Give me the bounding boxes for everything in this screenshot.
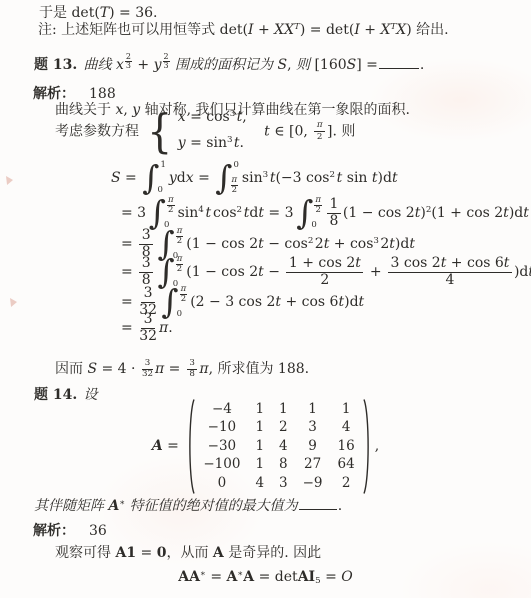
numerator: π bbox=[176, 227, 184, 237]
math-run: . bbox=[240, 135, 244, 151]
integral-limits: 0π2 bbox=[233, 160, 239, 196]
numerator: 3 cos 2t + cos 6t bbox=[388, 256, 512, 273]
matrix-cell: −100 bbox=[203, 456, 240, 473]
lower-limit: 0 bbox=[177, 310, 182, 319]
fraction: π2 bbox=[176, 255, 184, 274]
numerator: 3 bbox=[187, 359, 198, 370]
math-run: 36 bbox=[89, 523, 107, 539]
math-run: 解析： bbox=[33, 523, 75, 539]
fraction: π2 bbox=[176, 227, 184, 246]
math-run: = bbox=[136, 545, 157, 561]
math-run: = bbox=[164, 361, 185, 377]
math-run: 2 bbox=[177, 236, 182, 246]
superscript: ∗ bbox=[119, 498, 125, 508]
math-run: 0 bbox=[157, 545, 167, 561]
matrix-cell: −9 bbox=[303, 475, 323, 492]
prev-solution-line-1: 于是 det(T) = 36. bbox=[39, 5, 158, 22]
math-run: 因而 bbox=[55, 361, 87, 377]
math-run: 2 bbox=[181, 294, 186, 304]
math-run: cos bbox=[213, 205, 236, 221]
math-run: = bbox=[121, 294, 137, 310]
fraction: π2 bbox=[314, 121, 325, 141]
math-run: π bbox=[177, 254, 183, 264]
math-run: 2 bbox=[329, 170, 335, 180]
math-run: 注: 上述矩阵也可以用恒等式 bbox=[38, 22, 220, 38]
matrix-cell: 1 bbox=[303, 401, 323, 418]
math-run: 2 bbox=[317, 132, 323, 142]
problem-13-statement: 题 13.曲线 x23 + y23 围成的面积记为 S, 则 [160S] =. bbox=[34, 55, 424, 77]
math-run: = bbox=[163, 438, 184, 454]
math-run: 其伴随矩阵 bbox=[34, 498, 108, 514]
upper-limit: π2 bbox=[176, 255, 184, 274]
math-run: x bbox=[178, 109, 186, 125]
denominator: 3 bbox=[126, 62, 131, 71]
math-run: y bbox=[169, 170, 177, 186]
answer-blank bbox=[379, 56, 419, 69]
math-run: S bbox=[347, 57, 357, 73]
math-run: ∗ bbox=[237, 569, 243, 579]
integral-limits: 10 bbox=[159, 160, 165, 196]
problem-14-matrix: A = −41111−101234−3014916−100182764043−9… bbox=[0, 396, 531, 496]
math-run: O bbox=[341, 569, 352, 585]
math-run: 2 bbox=[126, 52, 131, 61]
math-run: 于是 bbox=[39, 5, 71, 21]
math-run: )d bbox=[378, 170, 392, 186]
numerator: π bbox=[314, 196, 322, 206]
numerator: 3 bbox=[142, 359, 153, 370]
math-run: . bbox=[420, 57, 424, 73]
denominator: 8 bbox=[189, 370, 195, 380]
math-run: A bbox=[152, 438, 163, 454]
math-run: 则 bbox=[296, 57, 314, 73]
math-run: 2 bbox=[177, 264, 182, 274]
superscript: 23 bbox=[124, 57, 133, 67]
math-run: t bbox=[355, 255, 361, 271]
math-run: A bbox=[227, 569, 238, 585]
matrix-cell: 1 bbox=[255, 401, 264, 418]
numerator: π bbox=[176, 255, 184, 265]
math-run: x bbox=[116, 57, 124, 73]
math-run: . bbox=[338, 498, 342, 514]
fraction: π2 bbox=[231, 176, 239, 195]
math-run: + bbox=[133, 57, 154, 73]
matrix-cell: 64 bbox=[338, 456, 355, 473]
math-run: )d bbox=[395, 236, 409, 252]
math-run: 观察可得 bbox=[55, 545, 115, 561]
matrix-cell: 1 bbox=[338, 401, 355, 418]
fraction: 23 bbox=[163, 53, 170, 71]
matrix-cell: −10 bbox=[203, 419, 240, 436]
matrix-cell: 8 bbox=[279, 456, 288, 473]
math-run: − bbox=[264, 264, 285, 280]
fraction: 38 bbox=[187, 359, 198, 379]
scan-artifact-mark bbox=[6, 176, 13, 185]
math-run: 3 bbox=[142, 227, 151, 243]
math-run: 2 bbox=[168, 205, 173, 215]
matrix-cell: 27 bbox=[303, 456, 323, 473]
denominator: 2 bbox=[317, 132, 323, 142]
integral: ∫0π2 bbox=[215, 160, 239, 196]
math-run: 给出. bbox=[416, 22, 448, 38]
upper-limit: 0 bbox=[234, 161, 239, 170]
math-run: π bbox=[199, 361, 208, 377]
matrix-cell: 2 bbox=[279, 419, 288, 436]
math-run: (1 − cos 2 bbox=[186, 236, 258, 252]
math-run: x bbox=[186, 170, 194, 186]
math-run: 考虑参数方程 bbox=[55, 124, 143, 140]
math-run: 3 bbox=[373, 236, 379, 246]
math-run: A bbox=[243, 569, 254, 585]
math-run: ) = det( bbox=[300, 22, 354, 38]
matrix: −41111−101234−3014916−100182764043−92 bbox=[186, 398, 371, 495]
math-run: 0 bbox=[234, 160, 239, 170]
math-run: T bbox=[294, 22, 300, 32]
denominator: 32 bbox=[139, 329, 157, 345]
math-run: T bbox=[100, 5, 109, 21]
upper-limit: 1 bbox=[160, 161, 165, 170]
matrix-grid: −41111−101234−3014916−100182764043−92 bbox=[195, 401, 362, 492]
math-run: 2 bbox=[380, 236, 389, 252]
math-run: 3 bbox=[126, 61, 131, 70]
math-run: + bbox=[365, 264, 386, 280]
math-run: ]. bbox=[327, 124, 341, 140]
math-run: = bbox=[121, 236, 137, 252]
math-run: )d bbox=[509, 205, 523, 221]
math-run: − cos bbox=[264, 236, 308, 252]
scan-artifact-mark bbox=[10, 298, 17, 307]
superscript: T bbox=[294, 22, 300, 32]
math-run: π bbox=[232, 175, 238, 185]
matrix-cell: −4 bbox=[203, 401, 240, 418]
denominator: 4 bbox=[446, 273, 455, 289]
fraction: π2 bbox=[167, 196, 175, 215]
problem-14-adjugate-identity: AA∗ = A∗A = detAI5 = O bbox=[0, 567, 531, 589]
denominator: 3 bbox=[164, 62, 169, 71]
fraction: π2 bbox=[180, 285, 188, 304]
integral: ∫10 bbox=[142, 160, 166, 196]
math-run: = bbox=[321, 569, 342, 585]
math-run: ) = 36. bbox=[109, 5, 157, 21]
matrix-cell: 1 bbox=[255, 456, 264, 473]
numerator: 1 bbox=[327, 197, 341, 214]
math-run: 2 bbox=[426, 205, 432, 215]
math-run: S bbox=[87, 361, 97, 377]
answer-blank bbox=[299, 497, 337, 510]
matrix-cell: 1 bbox=[279, 401, 288, 418]
math-run: , bbox=[375, 438, 379, 454]
math-run: ∗ bbox=[200, 569, 206, 579]
superscript: 3 bbox=[263, 170, 269, 180]
math-run: t bbox=[359, 294, 365, 310]
math-run: AI bbox=[298, 569, 315, 585]
superscript: 3 bbox=[230, 109, 236, 119]
math-run: t bbox=[504, 255, 510, 271]
math-run: [160 bbox=[314, 57, 346, 73]
math-run: t bbox=[392, 170, 398, 186]
integral-limits: π20 bbox=[179, 284, 188, 320]
superscript: 2 bbox=[329, 170, 335, 180]
numerator: 3 bbox=[139, 228, 153, 245]
math-run: + bbox=[254, 22, 275, 38]
cases-rows: x = cos3t,y = sin3t. bbox=[178, 108, 247, 155]
math-run: ] = bbox=[356, 57, 378, 73]
upper-limit: π2 bbox=[180, 285, 188, 304]
math-run: 3 bbox=[263, 170, 269, 180]
upper-limit: π2 bbox=[176, 227, 184, 246]
superscript: ∗ bbox=[200, 569, 206, 579]
matrix-cell: 4 bbox=[279, 438, 288, 455]
math-run: = 4 · bbox=[97, 361, 140, 377]
math-run: X bbox=[380, 22, 390, 38]
math-run: ，从而 bbox=[166, 545, 212, 561]
math-run: sin bbox=[342, 170, 372, 186]
math-run: 3 bbox=[164, 61, 169, 70]
math-run: , bbox=[242, 109, 246, 125]
math-run: 3 bbox=[227, 135, 233, 145]
math-run: ∈ [0, bbox=[270, 124, 313, 140]
matrix-cell: 9 bbox=[303, 438, 323, 455]
math-run: ) bbox=[406, 22, 416, 38]
math-run: + cos 6 bbox=[281, 294, 338, 310]
math-run: y bbox=[178, 135, 186, 151]
math-run: 3 bbox=[144, 285, 153, 301]
math-run: )d bbox=[344, 294, 358, 310]
math-run: 则 bbox=[341, 124, 355, 140]
superscript: 2 bbox=[308, 236, 314, 246]
numerator: 1 + cos 2t bbox=[286, 256, 363, 273]
denominator: 32 bbox=[142, 370, 153, 380]
math-run: = bbox=[121, 264, 137, 280]
upper-limit: π2 bbox=[314, 196, 322, 215]
math-run: π bbox=[155, 361, 164, 377]
math-run: t bbox=[409, 236, 415, 252]
math-run: d bbox=[249, 205, 258, 221]
math-run: π bbox=[317, 120, 323, 130]
math-run: (1 + cos 2 bbox=[431, 205, 503, 221]
math-run: , bbox=[287, 57, 296, 73]
denominator: 2 bbox=[315, 206, 320, 215]
math-run: = sin bbox=[186, 135, 227, 151]
math-run: T bbox=[390, 22, 396, 32]
math-run: (1 − cos 2 bbox=[186, 264, 258, 280]
matrix-cell: 16 bbox=[338, 438, 355, 455]
math-run: det( bbox=[71, 5, 99, 21]
math-run: AA bbox=[178, 569, 200, 585]
matrix-cell: 1 bbox=[255, 438, 264, 455]
math-run: = bbox=[121, 170, 142, 186]
fraction: 332 bbox=[139, 312, 157, 345]
math-run: A bbox=[213, 545, 224, 561]
math-run: S bbox=[111, 170, 121, 186]
math-run: 32 bbox=[139, 328, 157, 344]
problem-13-conclusion: 因而 S = 4 · 332π = 38π, 所求值为 188. bbox=[55, 359, 309, 379]
denominator: 2 bbox=[168, 206, 173, 215]
numerator: π bbox=[180, 285, 188, 295]
matrix-cell: 2 bbox=[338, 475, 355, 492]
fraction: 23 bbox=[125, 53, 132, 71]
math-run: 2 bbox=[164, 52, 169, 61]
math-run: )d bbox=[514, 264, 528, 280]
math-run: 0 bbox=[177, 309, 182, 319]
math-run: ∗ bbox=[119, 498, 125, 508]
math-run: 3 bbox=[142, 255, 151, 271]
math-run: sin bbox=[242, 170, 263, 186]
math-run: 8 bbox=[189, 369, 195, 379]
matrix-cell: −30 bbox=[203, 438, 240, 455]
superscript: 2 bbox=[237, 205, 243, 215]
numerator: π bbox=[167, 196, 175, 206]
matrix-paren-left-icon bbox=[186, 398, 195, 495]
math-run: 2 bbox=[315, 205, 320, 215]
math-run: 曲线 bbox=[84, 57, 116, 73]
math-run: t bbox=[523, 205, 529, 221]
left-brace-icon: { bbox=[148, 111, 173, 152]
cases-row: x = cos3t, bbox=[178, 108, 247, 129]
math-run: 特征值的绝对值的最大值为 bbox=[125, 498, 297, 514]
derivation-line-6: = 332π. bbox=[121, 309, 173, 347]
math-run: y bbox=[154, 57, 162, 73]
prev-solution-line-2: 注: 上述矩阵也可以用恒等式 det(I + XXT) = det(I + XT… bbox=[38, 22, 449, 41]
math-run: + bbox=[360, 22, 381, 38]
problem-14-solution-label: 解析：36 bbox=[33, 521, 107, 541]
superscript: 4 bbox=[198, 205, 204, 215]
math-run: = bbox=[194, 170, 215, 186]
superscript: ∗ bbox=[237, 569, 243, 579]
superscript: 2 bbox=[426, 205, 432, 215]
math-run: 2 bbox=[315, 236, 324, 252]
math-run: S bbox=[278, 57, 288, 73]
problem-13-parametric-line: 考虑参数方程 {x = cos3t,y = sin3t.t ∈ [0, π2].… bbox=[55, 108, 355, 155]
matrix-cell: 4 bbox=[255, 475, 264, 492]
problem-14-observation: 观察可得 A1 = 0，从而 A 是奇异的. 因此 bbox=[55, 543, 321, 563]
math-run: 5 bbox=[315, 576, 321, 586]
math-run: = 3 bbox=[264, 205, 294, 221]
math-run: 3 bbox=[230, 109, 236, 119]
math-run: = cos bbox=[186, 109, 230, 125]
numerator: 3 bbox=[141, 286, 155, 303]
math-run: π bbox=[181, 284, 187, 294]
superscript: 3 bbox=[373, 236, 379, 246]
matrix-cell: 1 bbox=[255, 419, 264, 436]
matrix-paren-right-icon bbox=[363, 398, 372, 495]
math-run: A1 bbox=[115, 545, 136, 561]
math-run: 1 + cos 2 bbox=[289, 255, 355, 271]
matrix-cell: 0 bbox=[203, 475, 240, 492]
math-run: 是奇异的. 因此 bbox=[224, 545, 321, 561]
matrix-cell: 3 bbox=[279, 475, 288, 492]
math-run: + cos bbox=[329, 236, 373, 252]
lower-limit: π2 bbox=[231, 176, 239, 195]
math-run: 3 bbox=[145, 358, 151, 368]
math-run: 2 bbox=[237, 205, 243, 215]
math-run: (−3 cos bbox=[275, 170, 329, 186]
fraction: 332 bbox=[142, 359, 153, 379]
cases-row: y = sin3t. bbox=[178, 134, 247, 155]
math-run: 2 bbox=[308, 236, 314, 246]
numerator: 3 bbox=[141, 312, 155, 329]
math-run: sin bbox=[178, 205, 199, 221]
math-run: d bbox=[177, 170, 186, 186]
math-run: = 3 bbox=[121, 205, 146, 221]
math-run: 题 13. bbox=[34, 57, 77, 73]
matrix-cell: 3 bbox=[303, 419, 323, 436]
math-run: det( bbox=[220, 22, 248, 38]
denominator: 2 bbox=[181, 295, 186, 304]
math-run: X bbox=[396, 22, 406, 38]
math-run: . bbox=[168, 320, 172, 336]
matrix-cell: 4 bbox=[338, 419, 355, 436]
denominator: 2 bbox=[177, 237, 182, 246]
math-run: = bbox=[206, 569, 227, 585]
document-page: 于是 det(T) = 36. 注: 上述矩阵也可以用恒等式 det(I + X… bbox=[0, 0, 531, 598]
cases-group: {x = cos3t,y = sin3t. bbox=[145, 108, 246, 155]
math-run: π bbox=[168, 195, 174, 205]
math-run: 所求值为 188. bbox=[217, 361, 309, 377]
superscript: 23 bbox=[162, 57, 171, 67]
math-run: A bbox=[108, 498, 119, 514]
numerator: π bbox=[231, 176, 239, 186]
numerator: 3 bbox=[139, 256, 153, 273]
math-run: = bbox=[121, 320, 137, 336]
math-run: 3 cos 2 bbox=[391, 255, 441, 271]
math-run: XX bbox=[274, 22, 294, 38]
math-run: π bbox=[315, 195, 321, 205]
fraction: π2 bbox=[314, 196, 322, 215]
math-run: + cos 6 bbox=[446, 255, 503, 271]
superscript: T bbox=[390, 22, 396, 32]
math-run: π bbox=[177, 226, 183, 236]
superscript: 3 bbox=[227, 135, 233, 145]
problem-14-statement-2: 其伴随矩阵 A∗ 特征值的绝对值的最大值为. bbox=[34, 496, 342, 518]
upper-limit: π2 bbox=[167, 196, 175, 215]
numerator: π bbox=[314, 121, 325, 132]
math-run: 1 bbox=[329, 196, 338, 212]
subscript: 5 bbox=[315, 576, 321, 586]
math-run: 4 bbox=[198, 205, 204, 215]
math-run: 4 bbox=[446, 272, 455, 288]
math-run: 3 bbox=[189, 358, 195, 368]
math-run: t bbox=[205, 205, 211, 221]
math-run: 3 bbox=[144, 311, 153, 327]
math-run: 32 bbox=[142, 369, 153, 379]
math-run: 围成的面积记为 bbox=[171, 57, 278, 73]
math-run: (2 − 3 cos 2 bbox=[190, 294, 275, 310]
fraction: 3 cos 2t + cos 6t4 bbox=[388, 256, 512, 289]
denominator: 2 bbox=[177, 265, 182, 274]
math-run: = det bbox=[254, 569, 298, 585]
math-run: π bbox=[159, 320, 168, 336]
math-run: 1 bbox=[160, 160, 165, 170]
math-run: (1 − cos 2 bbox=[343, 205, 415, 221]
